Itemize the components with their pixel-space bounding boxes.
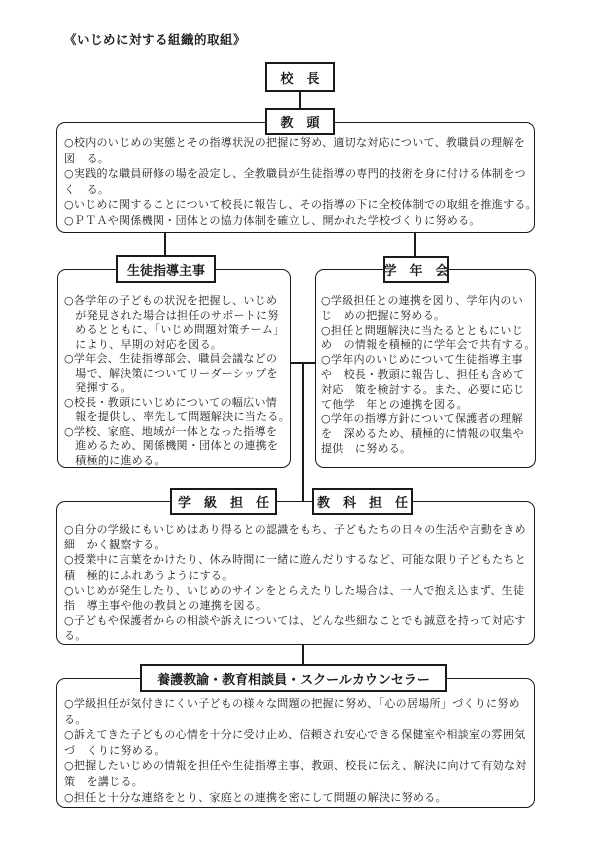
management-duties-text: ○校内のいじめの実態とその指導状況の把握に努め、適切な対応について、教職員の理解… bbox=[64, 135, 530, 229]
principal-label: 校 長 bbox=[280, 68, 319, 87]
subject-teacher-label: 教 科 担 任 bbox=[317, 492, 408, 511]
document-page: 《いじめに対する組織的取組》 校 長 教 頭 ○校内のいじめの実態とその指導状況… bbox=[0, 0, 610, 863]
subject-teacher-node: 教 科 担 任 bbox=[312, 488, 413, 515]
management-duties-box: ○校内のいじめの実態とその指導状況の把握に努め、適切な対応について、教職員の理解… bbox=[56, 122, 535, 233]
guidance-chief-duties-box: ○各学年の子どもの状況を把握し、いじめ が発見された場合は担任のサポートに努 め… bbox=[57, 269, 291, 468]
vice-principal-label: 教 頭 bbox=[280, 112, 319, 131]
counselor-duties-box: ○学級担任が気付きにくい子どもの様々な問題の把握に努め、「心の居場所」づくりに努… bbox=[56, 678, 535, 808]
guidance-chief-node: 生徒指導主事 bbox=[116, 255, 216, 283]
guidance-chief-duties-text: ○各学年の子どもの状況を把握し、いじめ が発見された場合は担任のサポートに努 め… bbox=[64, 294, 288, 468]
connector-teachers-counselor bbox=[302, 645, 304, 665]
teachers-duties-box: ○自分の学級にもいじめはあり得るとの認識をもち、子どもたちの日々の生活や言動をき… bbox=[56, 501, 535, 645]
connector-management-grade bbox=[414, 233, 416, 256]
grade-meeting-label: 学 年 会 bbox=[384, 260, 449, 279]
principal-node: 校 長 bbox=[265, 62, 335, 92]
counselor-label: 養護教諭・教育相談員・スクールカウンセラー bbox=[157, 669, 430, 688]
connector-mid-vertical bbox=[302, 362, 304, 501]
connector-management-guidance bbox=[164, 233, 166, 256]
vice-principal-node: 教 頭 bbox=[265, 108, 335, 135]
page-title: 《いじめに対する組織的取組》 bbox=[64, 30, 246, 48]
grade-meeting-duties-text: ○学級担任との連携を図り、学年内のい じ めの把握に努める。 ○担任と問題解決に… bbox=[321, 294, 533, 457]
grade-meeting-duties-box: ○学級担任との連携を図り、学年内のい じ めの把握に努める。 ○担任と問題解決に… bbox=[315, 269, 536, 468]
counselor-duties-text: ○学級担任が気付きにくい子どもの様々な問題の把握に努め、「心の居場所」づくりに努… bbox=[64, 696, 530, 805]
grade-meeting-node: 学 年 会 bbox=[383, 256, 449, 283]
teachers-duties-text: ○自分の学級にもいじめはあり得るとの認識をもち、子どもたちの日々の生活や言動をき… bbox=[64, 522, 530, 644]
connector-principal-vice bbox=[299, 92, 301, 108]
guidance-chief-label: 生徒指導主事 bbox=[127, 260, 205, 279]
counselor-node: 養護教諭・教育相談員・スクールカウンセラー bbox=[140, 664, 447, 692]
class-teacher-node: 学 級 担 任 bbox=[170, 488, 277, 515]
class-teacher-label: 学 級 担 任 bbox=[178, 492, 269, 511]
